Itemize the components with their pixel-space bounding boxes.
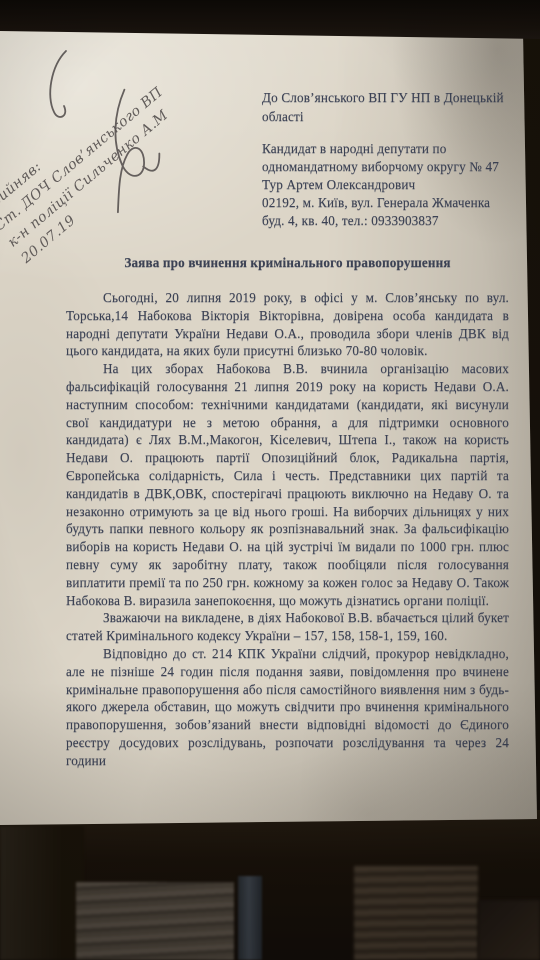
handwritten-note: Прийняв: Ст. ДОЧ Слов’янського ВП к-н по…	[0, 31, 237, 269]
document-body: Сьогодні, 20 липня 2019 року, в офісі у …	[66, 289, 509, 770]
floor-panel-left	[0, 826, 84, 960]
floor-corner-shade	[478, 900, 540, 960]
document-title: Заява про вчинення кримінального правопо…	[66, 255, 509, 271]
floor-striped-panel-right	[354, 866, 478, 960]
body-paragraph: На цих зборах Набокова В.В. вчинила орга…	[66, 360, 509, 609]
body-paragraph: Відповідно до ст. 214 КПК України слідчи…	[66, 645, 509, 770]
recipient-address: До Слов’янського ВП ГУ НП в Донецькій об…	[262, 88, 524, 126]
document-photo: Прийняв: Ст. ДОЧ Слов’янського ВП к-н по…	[0, 0, 540, 960]
floor-blue-strip	[238, 876, 262, 960]
body-paragraph: Зважаючи на викладене, в діях Набокової …	[66, 609, 509, 645]
pen-stroke-mark	[44, 46, 74, 131]
body-paragraph: Сьогодні, 20 липня 2019 року, в офісі у …	[66, 289, 509, 360]
sender-details: Кандидат в народні депутати по одноманда…	[262, 140, 537, 230]
paper-sheet: Прийняв: Ст. ДОЧ Слов’янського ВП к-н по…	[0, 0, 540, 830]
floor-striped-panel-left	[76, 882, 234, 960]
